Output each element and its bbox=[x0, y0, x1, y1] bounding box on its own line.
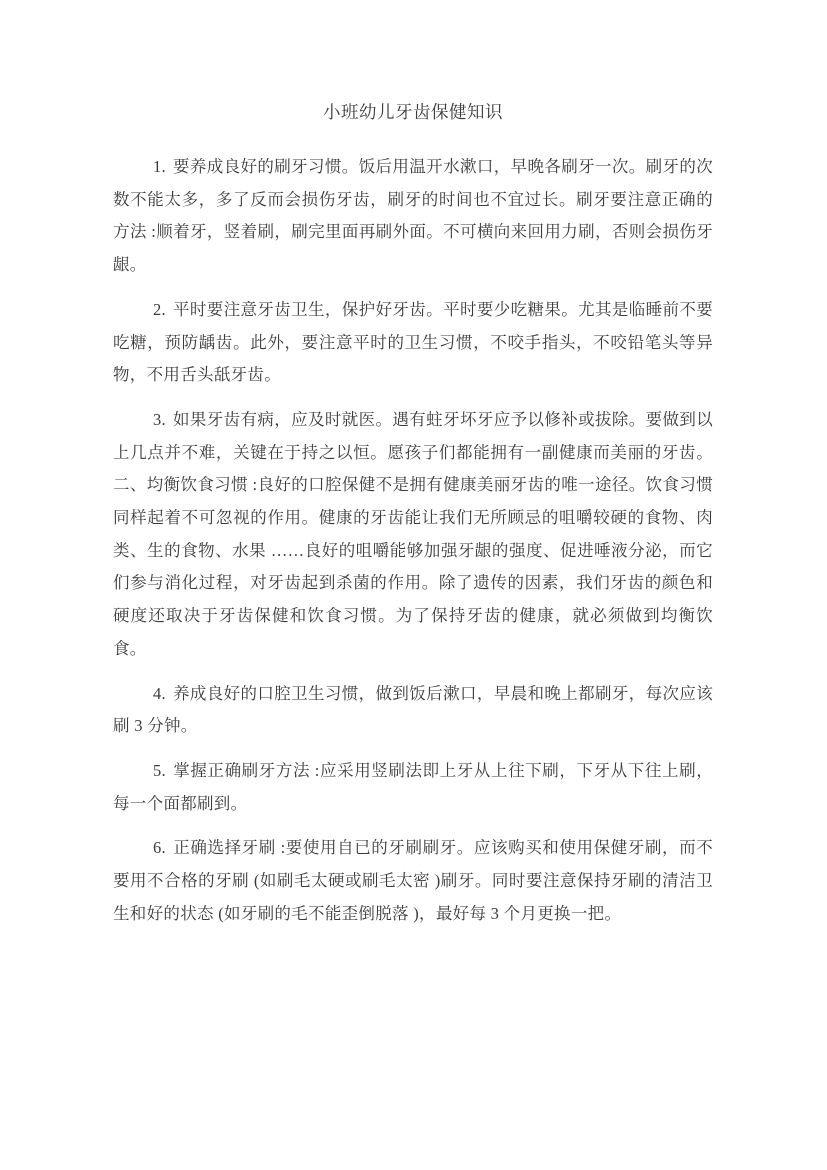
list-number-4: 4. bbox=[153, 684, 166, 703]
paragraph-2: 2.平时要注意牙齿卫生，保护好牙齿。平时要少吃糖果。尤其是临睡前不要吃糖，预防龋… bbox=[113, 294, 713, 392]
paragraph-1: 1.要养成良好的刷牙习惯。饭后用温开水漱口，早晚各刷牙一次。刷牙的次数不能太多，… bbox=[113, 151, 713, 282]
paragraph-4-text: 养成良好的口腔卫生习惯，做到饭后漱口，早晨和晚上都刷牙，每次应该刷 3 分钟。 bbox=[113, 684, 713, 736]
paragraph-5-text: 掌握正确刷牙方法 :应采用竖刷法即上牙从上往下刷，下牙从下往上刷，每一个面都刷到… bbox=[113, 761, 713, 813]
paragraph-6: 6.正确选择牙刷 :要使用自已的牙刷刷牙。应该购买和使用保健牙刷，而不要用不合格… bbox=[113, 832, 713, 930]
document-page: 小班幼儿牙齿保健知识 1.要养成良好的刷牙习惯。饭后用温开水漱口，早晚各刷牙一次… bbox=[0, 0, 827, 1170]
list-number-3: 3. bbox=[153, 410, 166, 429]
document-body: 小班幼儿牙齿保健知识 1.要养成良好的刷牙习惯。饭后用温开水漱口，早晚各刷牙一次… bbox=[113, 0, 713, 942]
paragraph-5: 5.掌握正确刷牙方法 :应采用竖刷法即上牙从上往下刷，下牙从下往上刷，每一个面都… bbox=[113, 755, 713, 820]
list-number-5: 5. bbox=[153, 761, 166, 780]
list-number-1: 1. bbox=[153, 157, 166, 176]
paragraph-1-text: 要养成良好的刷牙习惯。饭后用温开水漱口，早晚各刷牙一次。刷牙的次数不能太多，多了… bbox=[113, 157, 713, 274]
paragraph-3-text: 如果牙齿有病，应及时就医。遇有蛀牙坏牙应予以修补或拔除。要做到以上几点并不难，关… bbox=[113, 410, 713, 658]
list-number-6: 6. bbox=[153, 838, 166, 857]
paragraph-3: 3.如果牙齿有病，应及时就医。遇有蛀牙坏牙应予以修补或拔除。要做到以上几点并不难… bbox=[113, 404, 713, 666]
page-title: 小班幼儿牙齿保健知识 bbox=[113, 99, 713, 125]
paragraph-2-text: 平时要注意牙齿卫生，保护好牙齿。平时要少吃糖果。尤其是临睡前不要吃糖，预防龋齿。… bbox=[113, 300, 713, 384]
paragraph-4: 4.养成良好的口腔卫生习惯，做到饭后漱口，早晨和晚上都刷牙，每次应该刷 3 分钟… bbox=[113, 678, 713, 743]
paragraph-6-text: 正确选择牙刷 :要使用自已的牙刷刷牙。应该购买和使用保健牙刷，而不要用不合格的牙… bbox=[113, 838, 713, 922]
list-number-2: 2. bbox=[153, 300, 166, 319]
